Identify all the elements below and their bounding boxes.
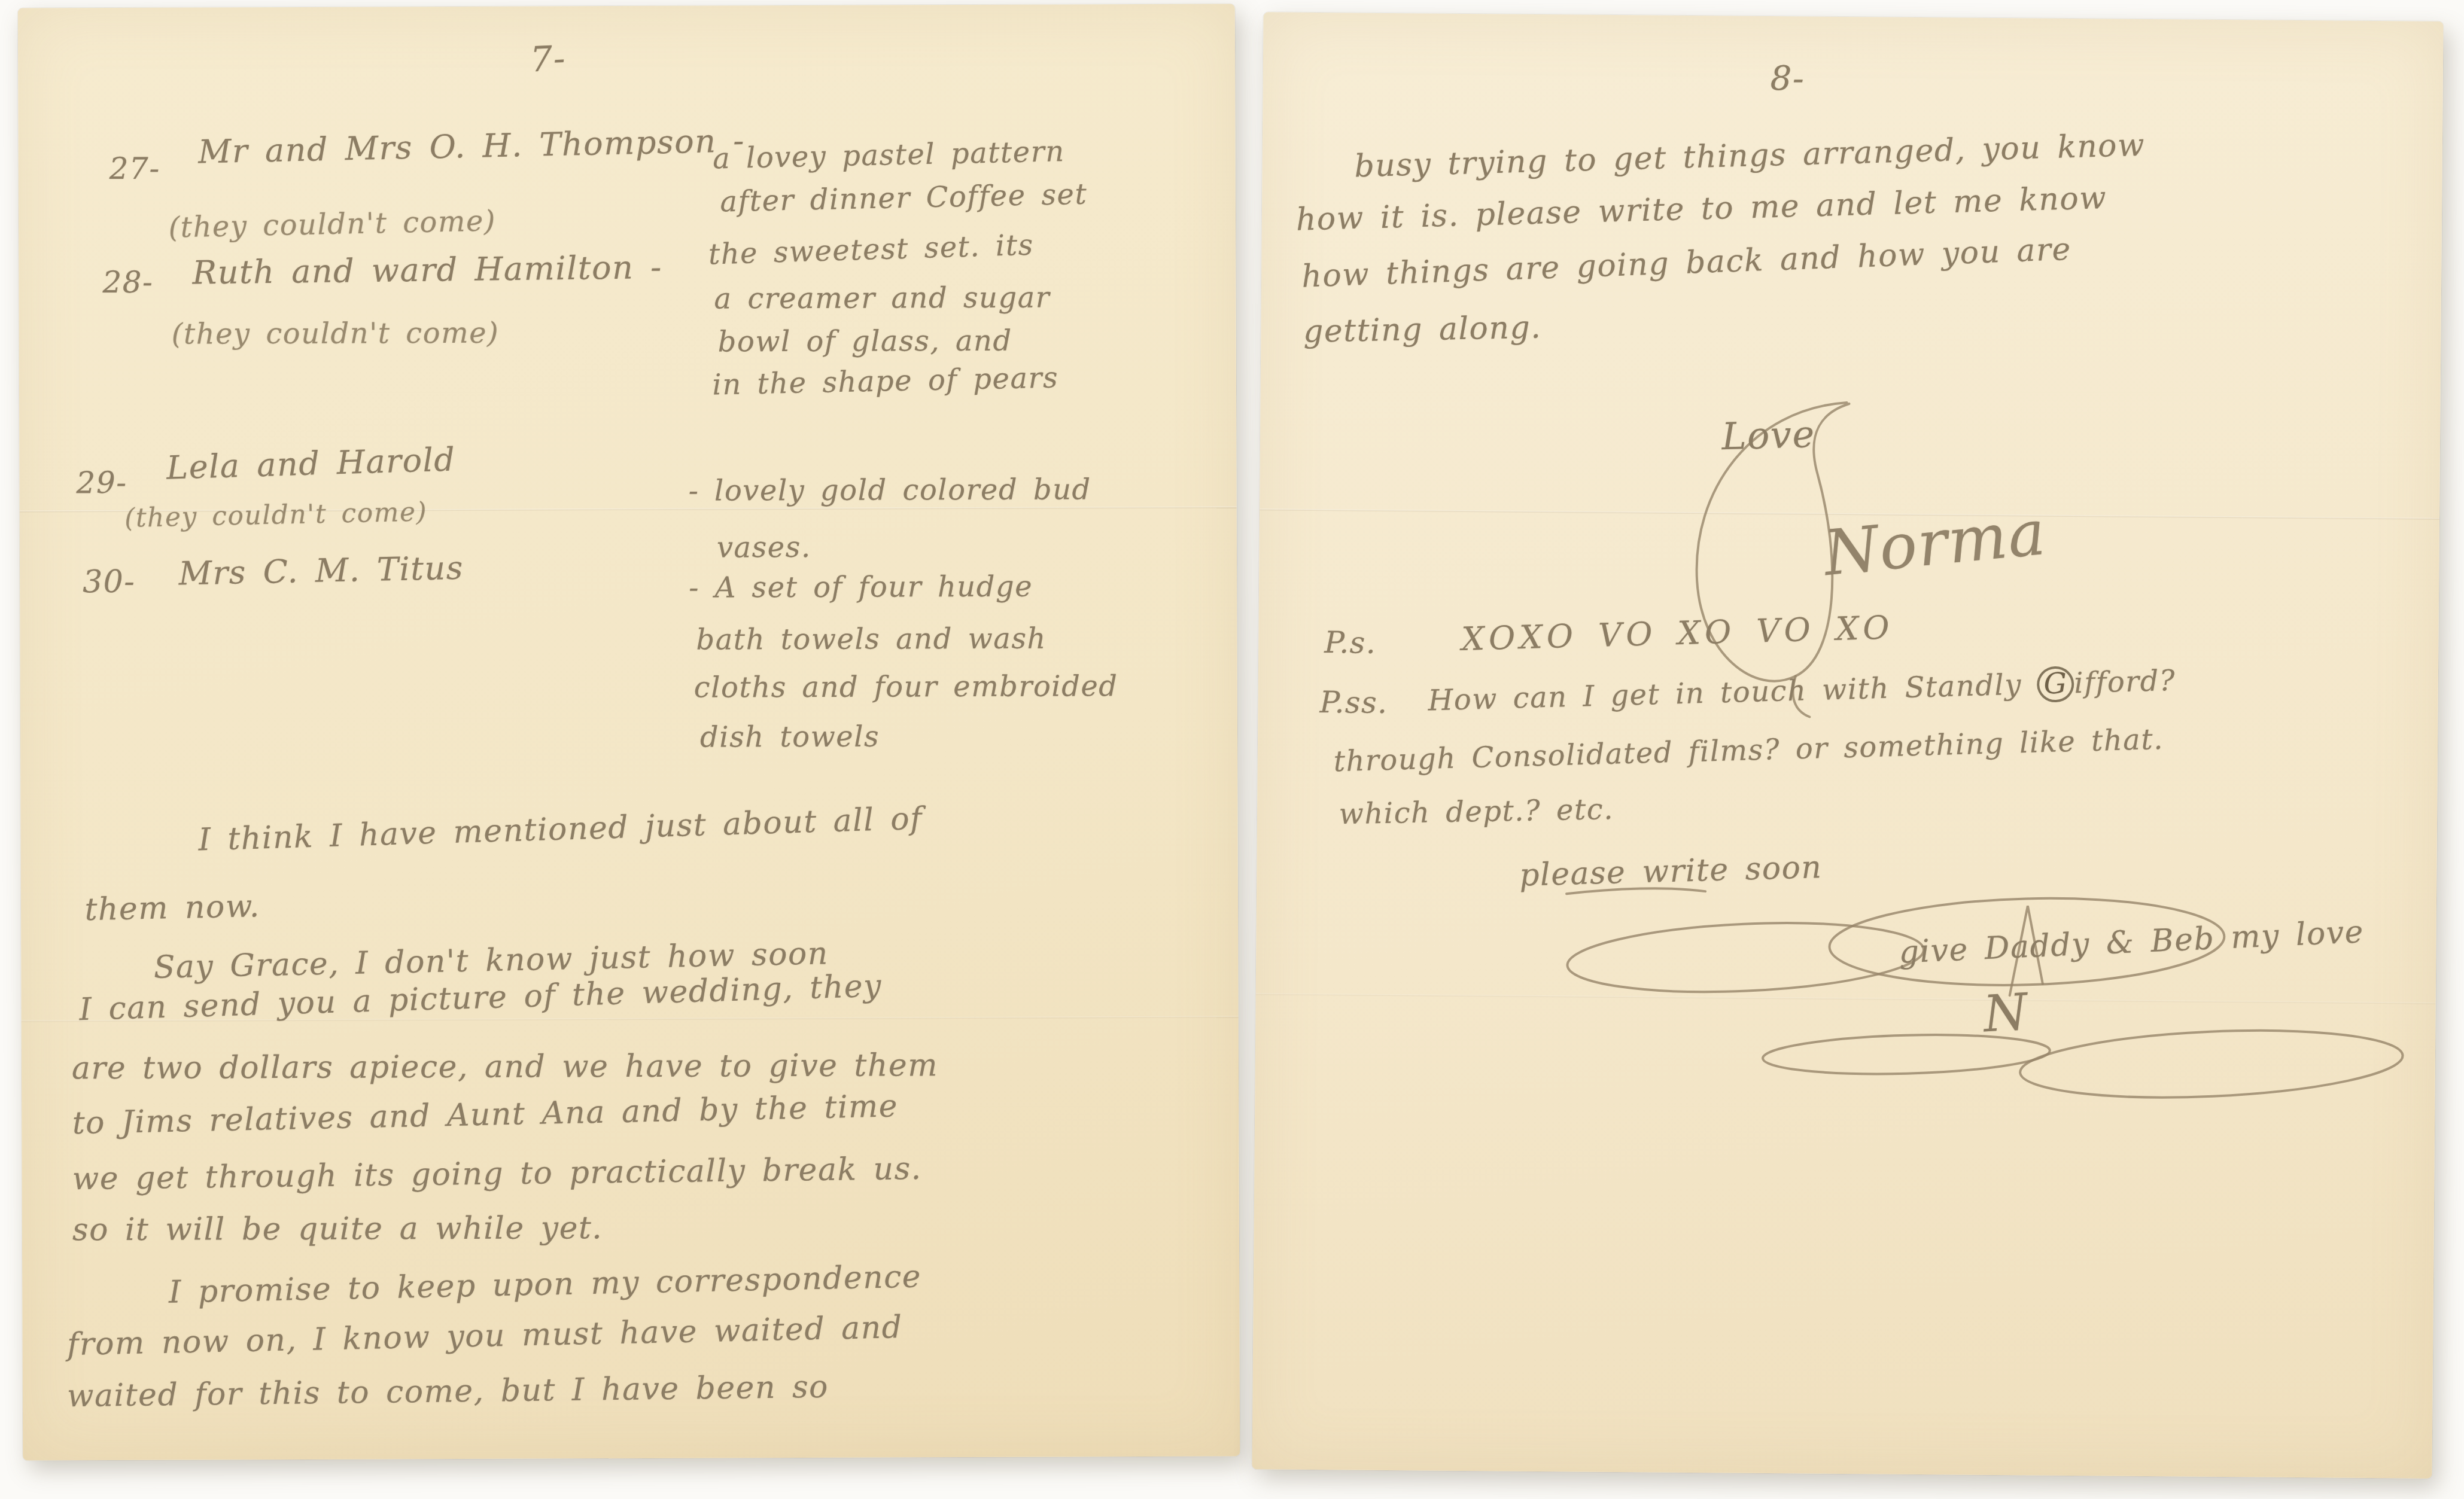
- letter-page-7: 7- 27- Mr and Mrs O. H. Thompson - (they…: [18, 4, 1240, 1460]
- page-number: 8-: [1770, 59, 1805, 98]
- gift-row-number: 30-: [83, 564, 135, 600]
- pss-line-1-pre: How can I get in touch with Standly: [1428, 668, 2038, 718]
- gift-description-line: vases.: [717, 531, 811, 565]
- pss-label: P.ss.: [1319, 685, 1388, 720]
- gift-description-line: the sweetest set. its: [708, 228, 1034, 271]
- paragraph-line: so it will be quite a while yet.: [72, 1210, 603, 1248]
- pss-line-1-post: ifford?: [2074, 664, 2176, 700]
- gift-description-line: bath towels and wash: [696, 622, 1047, 657]
- gift-description-line: cloths and four embroided: [694, 669, 1118, 704]
- gift-row-name: Ruth and ward Hamilton -: [192, 248, 662, 292]
- gift-row-note: (they couldn't come): [168, 204, 497, 244]
- gift-row-note: (they couldn't come): [124, 496, 428, 534]
- paragraph-line: we get through its going to practically …: [72, 1151, 922, 1197]
- gift-description-line: a creamer and sugar: [714, 281, 1050, 316]
- paragraph-line: to Jims relatives and Aunt Ana and by th…: [72, 1088, 898, 1141]
- paragraph-line: them now.: [84, 888, 260, 928]
- paragraph-line: from now on, I know you must have waited…: [66, 1309, 903, 1363]
- gift-row-name: Mr and Mrs O. H. Thompson -: [197, 121, 745, 170]
- gift-row-number: 27-: [109, 151, 160, 186]
- paragraph-line: how it is. please write to me and let me…: [1295, 180, 2107, 238]
- gift-description-line: a lovey pastel pattern: [713, 135, 1066, 175]
- gift-row-name: Mrs C. M. Titus: [178, 549, 464, 593]
- circled-letter-g: G: [2037, 666, 2074, 703]
- paragraph-line: waited for this to come, but I have been…: [67, 1369, 829, 1415]
- gift-description-line: dish towels: [700, 720, 880, 754]
- gift-row-note: (they couldn't come): [172, 316, 500, 351]
- paragraph-line: how things are going back and how you ar…: [1301, 231, 2071, 295]
- gift-description-line: after dinner Coffee set: [720, 178, 1088, 219]
- letter-page-8: 8- busy trying to get things arranged, y…: [1252, 12, 2443, 1478]
- paragraph-line: I promise to keep upon my correspondence: [168, 1259, 921, 1310]
- valediction: Love: [1721, 412, 1815, 458]
- gift-description-line: - A set of four hudge: [689, 570, 1033, 605]
- ps-label: P.s.: [1324, 625, 1376, 660]
- paragraph-line: are two dollars apiece, and we have to g…: [72, 1047, 938, 1086]
- gift-row-number: 28-: [102, 265, 153, 300]
- pss-line-2: through Consolidated films? or something…: [1333, 723, 2164, 779]
- letter-photo: 7- 27- Mr and Mrs O. H. Thompson - (they…: [0, 0, 2464, 1499]
- initial-flourish: [1756, 1010, 2415, 1111]
- gift-description-line: in the shape of pears: [712, 361, 1059, 401]
- pss-line-3: which dept.? etc.: [1339, 793, 1614, 831]
- page-number: 7-: [530, 38, 567, 80]
- paragraph-line: getting along.: [1303, 310, 1542, 350]
- paragraph-line: I think I have mentioned just about all …: [198, 801, 923, 858]
- gift-description-line: - lovely gold colored bud: [688, 473, 1091, 507]
- paragraph-line: busy trying to get things arranged, you …: [1354, 127, 2146, 185]
- gift-description-line: bowl of glass, and: [718, 324, 1012, 359]
- gift-row-name: Lela and Harold: [166, 440, 456, 486]
- gift-row-number: 29-: [76, 465, 127, 500]
